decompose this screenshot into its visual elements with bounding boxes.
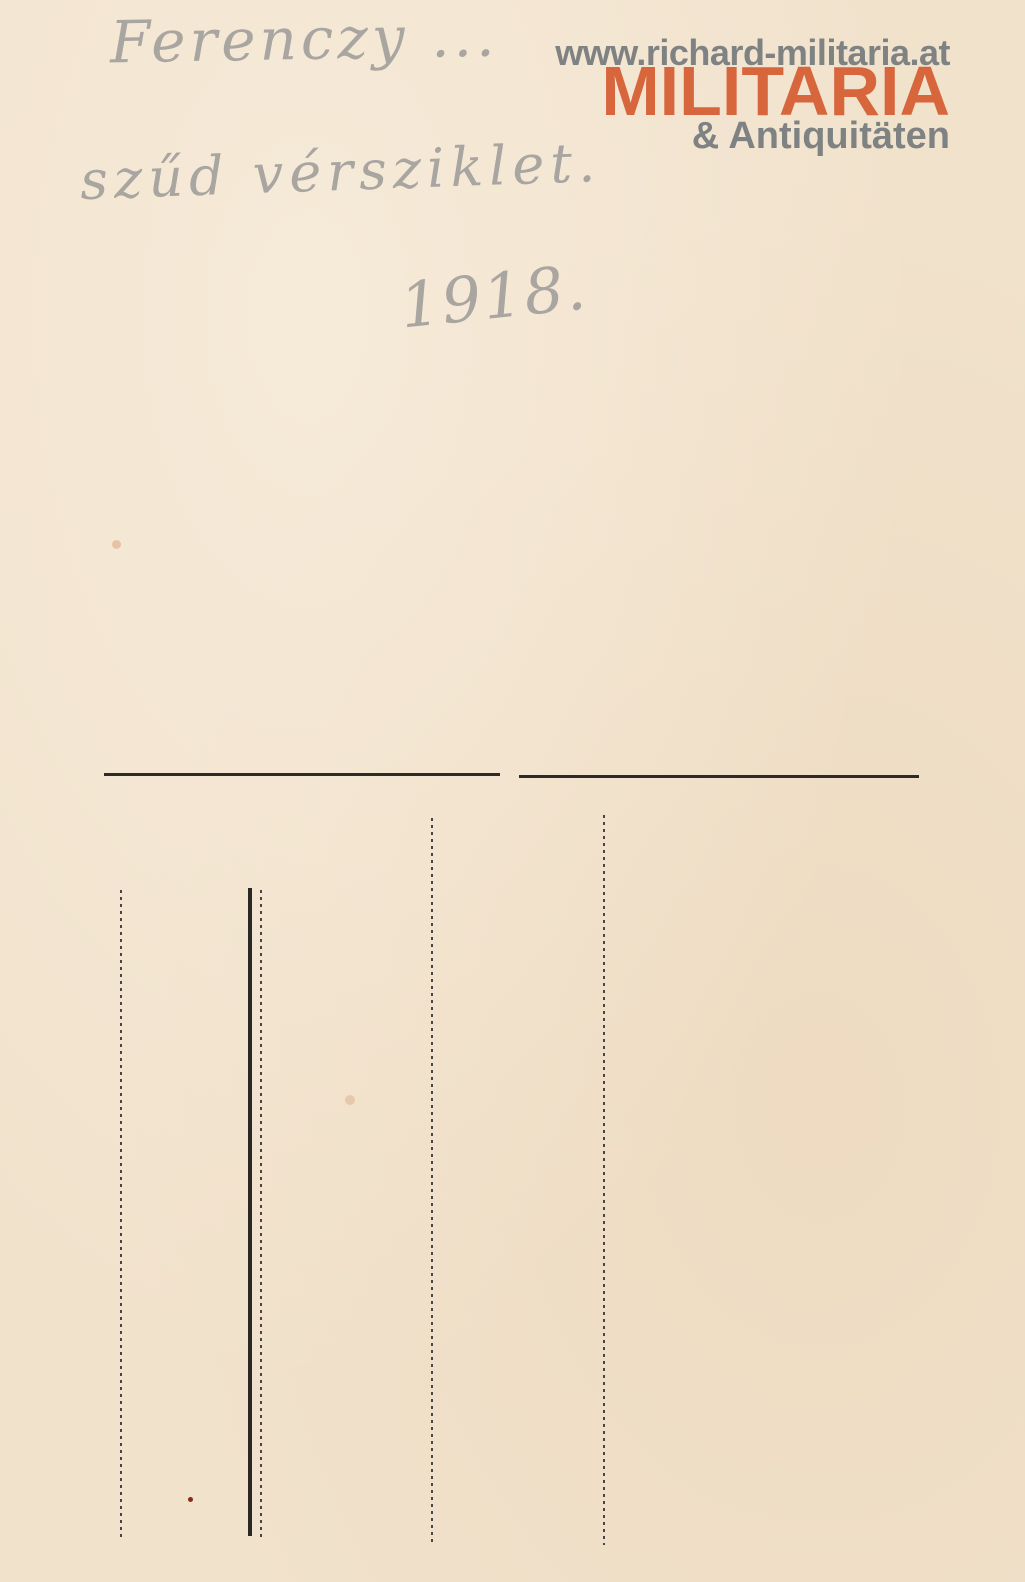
dotted-divider-3	[431, 818, 433, 1546]
handwriting-line-2: szűd vérsziklet.	[79, 131, 602, 212]
paper-speck	[345, 1095, 355, 1105]
dotted-divider-2	[260, 890, 262, 1538]
handwriting-year: 1918.	[397, 250, 591, 342]
paper-speck	[112, 540, 121, 549]
paper-speck	[188, 1497, 193, 1502]
handwriting-line-1: Ferenczy ...	[109, 2, 498, 77]
address-line-right	[519, 775, 919, 778]
address-line-left	[104, 773, 500, 776]
watermark-subtitle: & Antiquitäten	[692, 115, 950, 158]
dotted-divider-1	[120, 890, 122, 1540]
postcard-back: Ferenczy ... szűd vérsziklet. 1918. www.…	[0, 0, 1025, 1582]
solid-divider	[248, 888, 252, 1536]
dotted-divider-4	[603, 815, 605, 1545]
